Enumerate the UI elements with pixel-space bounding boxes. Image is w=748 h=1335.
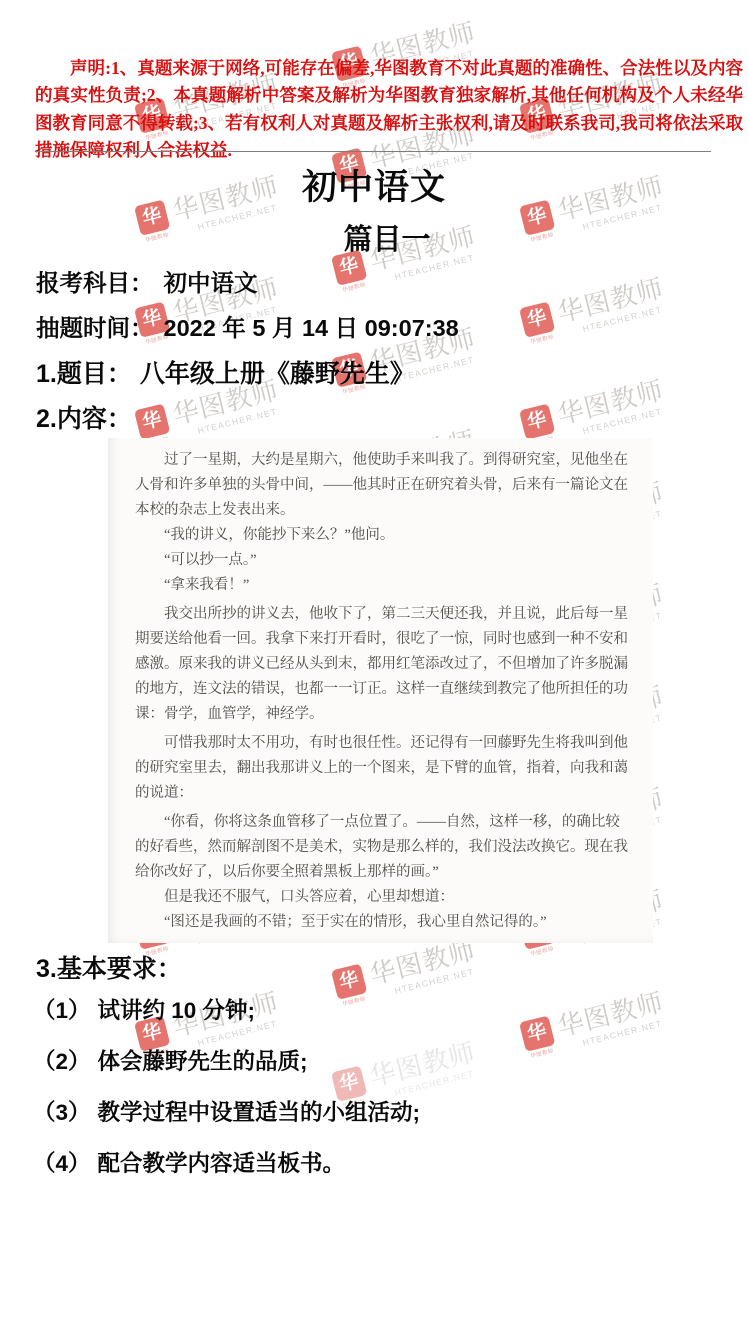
draw-time-row: 抽题时间：2022 年 5 月 14 日 09:07:38 [36, 309, 459, 343]
watermark-domain-text: HTEACHER.NET [197, 405, 285, 436]
exam-paper-page: 华华图教师华图教师HTEACHER.NET华华图教师华图教师HTEACHER.N… [0, 0, 748, 1335]
scan-line: 但是我还不服气，口头答应着，心里却想道： [135, 885, 645, 910]
watermark-logo-subtext: 华图教师 [529, 944, 554, 958]
scan-paragraph: “我的讲义，你能抄下来么？”他问。 [135, 523, 645, 548]
scan-paragraph: “图还是我画的不错；至于实在的情形，我心里自然记得的。” [135, 910, 645, 935]
scan-line: “我的讲义，你能抄下来么？”他问。 [135, 523, 645, 548]
scan-line: 可惜我那时太不用功，有时也很任性。还记得有一回藤野先生将我叫到他 [135, 731, 645, 756]
scan-line: 过了一星期，大约是星期六，他使助手来叫我了。到得研究室，见他坐在 [135, 448, 645, 473]
watermark-domain-text: HTEACHER.NET [582, 405, 670, 436]
report-subject-label: 报考科目： [36, 270, 154, 296]
scan-paragraph: 过了一星期，大约是星期六，他使助手来叫我了。到得研究室，见他坐在人骨和许多单独的… [135, 448, 645, 523]
divider-line [35, 151, 711, 152]
requirement-text: 体会藤野先生的品质; [98, 1049, 308, 1074]
draw-time-label: 抽题时间： [36, 315, 154, 341]
huatu-logo-glyph: 华 [331, 964, 367, 1000]
huatu-logo-glyph: 华 [134, 404, 170, 440]
watermark-texts: 华图教师HTEACHER.NET [553, 370, 669, 441]
requirements-label: 3.基本要求： [36, 949, 182, 985]
draw-time-value: 2022 年 5 月 14 日 09:07:38 [164, 315, 459, 341]
scan-line: “拿来我看！” [135, 573, 645, 598]
requirement-number: （3） [33, 1100, 91, 1125]
report-subject-value: 初中语文 [164, 270, 258, 296]
topic-row: 1.题目：八年级上册《藤野先生》 [36, 354, 415, 390]
scan-line: “图还是我画的不错；至于实在的情形，我心里自然记得的。” [135, 910, 645, 935]
requirement-text: 教学过程中设置适当的小组活动; [98, 1100, 421, 1125]
disclaimer-notice: 声明:1、真题来源于网络,可能存在偏差,华图教育不对此真题的准确性、合法性以及内… [35, 55, 743, 165]
scan-line: 我交出所抄的讲义去，他收下了，第二三天便还我，并且说，此后每一星 [135, 602, 645, 627]
scan-paragraph: “可以抄一点。” [135, 548, 645, 573]
topic-label: 1.题目： [36, 360, 132, 388]
report-subject-row: 报考科目：初中语文 [36, 264, 258, 298]
disclaimer-text: 1、真题来源于网络,可能存在偏差,华图教育不对此真题的准确性、合法性以及内容的真… [35, 58, 743, 161]
scan-line: 人骨和许多单独的头骨中间，——他其时正在研究着头骨，后来有一篇论文在 [135, 473, 645, 498]
scan-line: 感激。原来我的讲义已经从头到末，都用红笔添改过了，不但增加了许多脱漏 [135, 652, 645, 677]
scan-line: 给你改好了，以后你要全照着黑板上那样的画。” [135, 860, 645, 885]
scan-line: 的好看些，然而解剖图不是美术，实物是那么样的，我们没法改换它。现在我 [135, 835, 645, 860]
scan-line: 的研究室里去，翻出我那讲义上的一个图来，是下臂的血管，指着，向我和蔼 [135, 756, 645, 781]
requirement-number: （1） [33, 998, 91, 1023]
scan-paragraph: 可惜我那时太不用功，有时也很任性。还记得有一回藤野先生将我叫到他的研究室里去，翻… [135, 731, 645, 806]
passage-scan: 过了一星期，大约是星期六，他使助手来叫我了。到得研究室，见他坐在人骨和许多单独的… [108, 438, 653, 943]
scan-line: 的说道： [135, 781, 645, 806]
scan-line: “你看，你将这条血管移了一点位置了。——自然，这样一移，的确比较 [135, 810, 645, 835]
requirement-number: （2） [33, 1049, 91, 1074]
watermark-logo-subtext: 华图教师 [341, 280, 366, 294]
scan-line: 本校的杂志上发表出来。 [135, 498, 645, 523]
huatu-logo-icon: 华华图教师 [518, 301, 558, 347]
watermark-domain-text: HTEACHER.NET [394, 965, 482, 996]
scan-paragraph: “你看，你将这条血管移了一点位置了。——自然，这样一移，的确比较的好看些，然而解… [135, 810, 645, 885]
scan-paragraph: 但是我还不服气，口头答应着，心里却想道： [135, 885, 645, 910]
section-subtitle: 篇目一 [13, 217, 748, 258]
scan-line: 期要送给他看一回。我拿下来打开看时，很吃了一惊，同时也感到一种不安和 [135, 627, 645, 652]
disclaimer-label: 声明: [70, 58, 111, 78]
watermark-texts: 华图教师HTEACHER.NET [553, 268, 669, 339]
scan-paragraph: “拿来我看！” [135, 573, 645, 598]
huatu-logo-glyph: 华 [519, 404, 555, 440]
requirement-text: 配合教学内容适当板书。 [98, 1151, 346, 1176]
watermark-brand-text: 华图教师 [553, 268, 667, 330]
scan-line: 课：骨学，血管学，神经学。 [135, 702, 645, 727]
scan-paragraph: 我交出所抄的讲义去，他收下了，第二三天便还我，并且说，此后每一星期要送给他看一回… [135, 602, 645, 727]
page-title: 初中语文 [0, 160, 748, 210]
requirement-number: （4） [33, 1151, 91, 1176]
watermark: 华华图教师华图教师HTEACHER.NET [518, 274, 671, 354]
scan-line: 的地方，连文法的错误，也都一一订正。这样一直继续到教完了他所担任的功 [135, 677, 645, 702]
requirement-item: （1）试讲约 10 分钟; [33, 996, 713, 1026]
watermark-domain-text: HTEACHER.NET [582, 303, 670, 334]
content-section-label: 2.内容： [36, 399, 132, 435]
requirements-list: （1）试讲约 10 分钟;（2）体会藤野先生的品质;（3）教学过程中设置适当的小… [33, 996, 713, 1200]
requirement-item: （2）体会藤野先生的品质; [33, 1047, 713, 1077]
requirement-item: （4）配合教学内容适当板书。 [33, 1149, 713, 1179]
requirement-item: （3）教学过程中设置适当的小组活动; [33, 1098, 713, 1128]
topic-value: 八年级上册《藤野先生》 [140, 360, 415, 388]
watermark-logo-subtext: 华图教师 [529, 332, 554, 346]
watermark-brand-text: 华图教师 [553, 370, 667, 432]
scan-line: “可以抄一点。” [135, 548, 645, 573]
huatu-logo-glyph: 华 [519, 302, 555, 338]
requirement-text: 试讲约 10 分钟; [98, 998, 256, 1023]
